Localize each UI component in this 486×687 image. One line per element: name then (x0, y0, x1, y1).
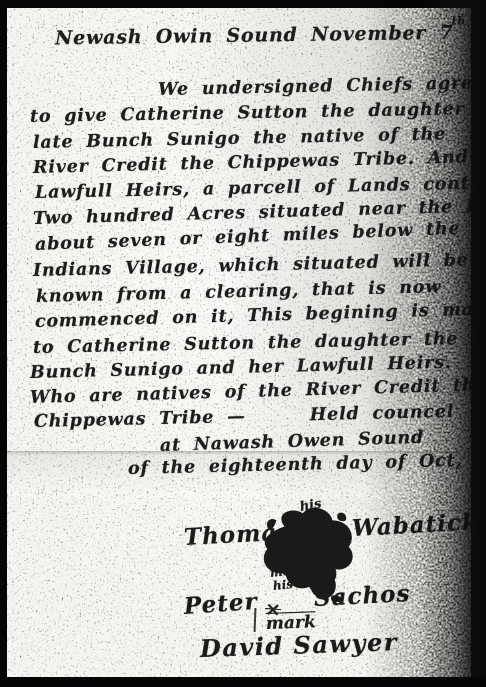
heading-superscript: th (451, 14, 466, 27)
scan-edge-bottom (0, 677, 486, 687)
signature-sachos: Sachos (313, 580, 411, 612)
signature-annotation-his-peter: his (272, 577, 293, 593)
scanned-document: Newash Owin Sound November 7th 1845 We u… (0, 0, 486, 687)
signature-peter: Peter (183, 588, 258, 620)
heading-year: 1845 (468, 21, 486, 44)
